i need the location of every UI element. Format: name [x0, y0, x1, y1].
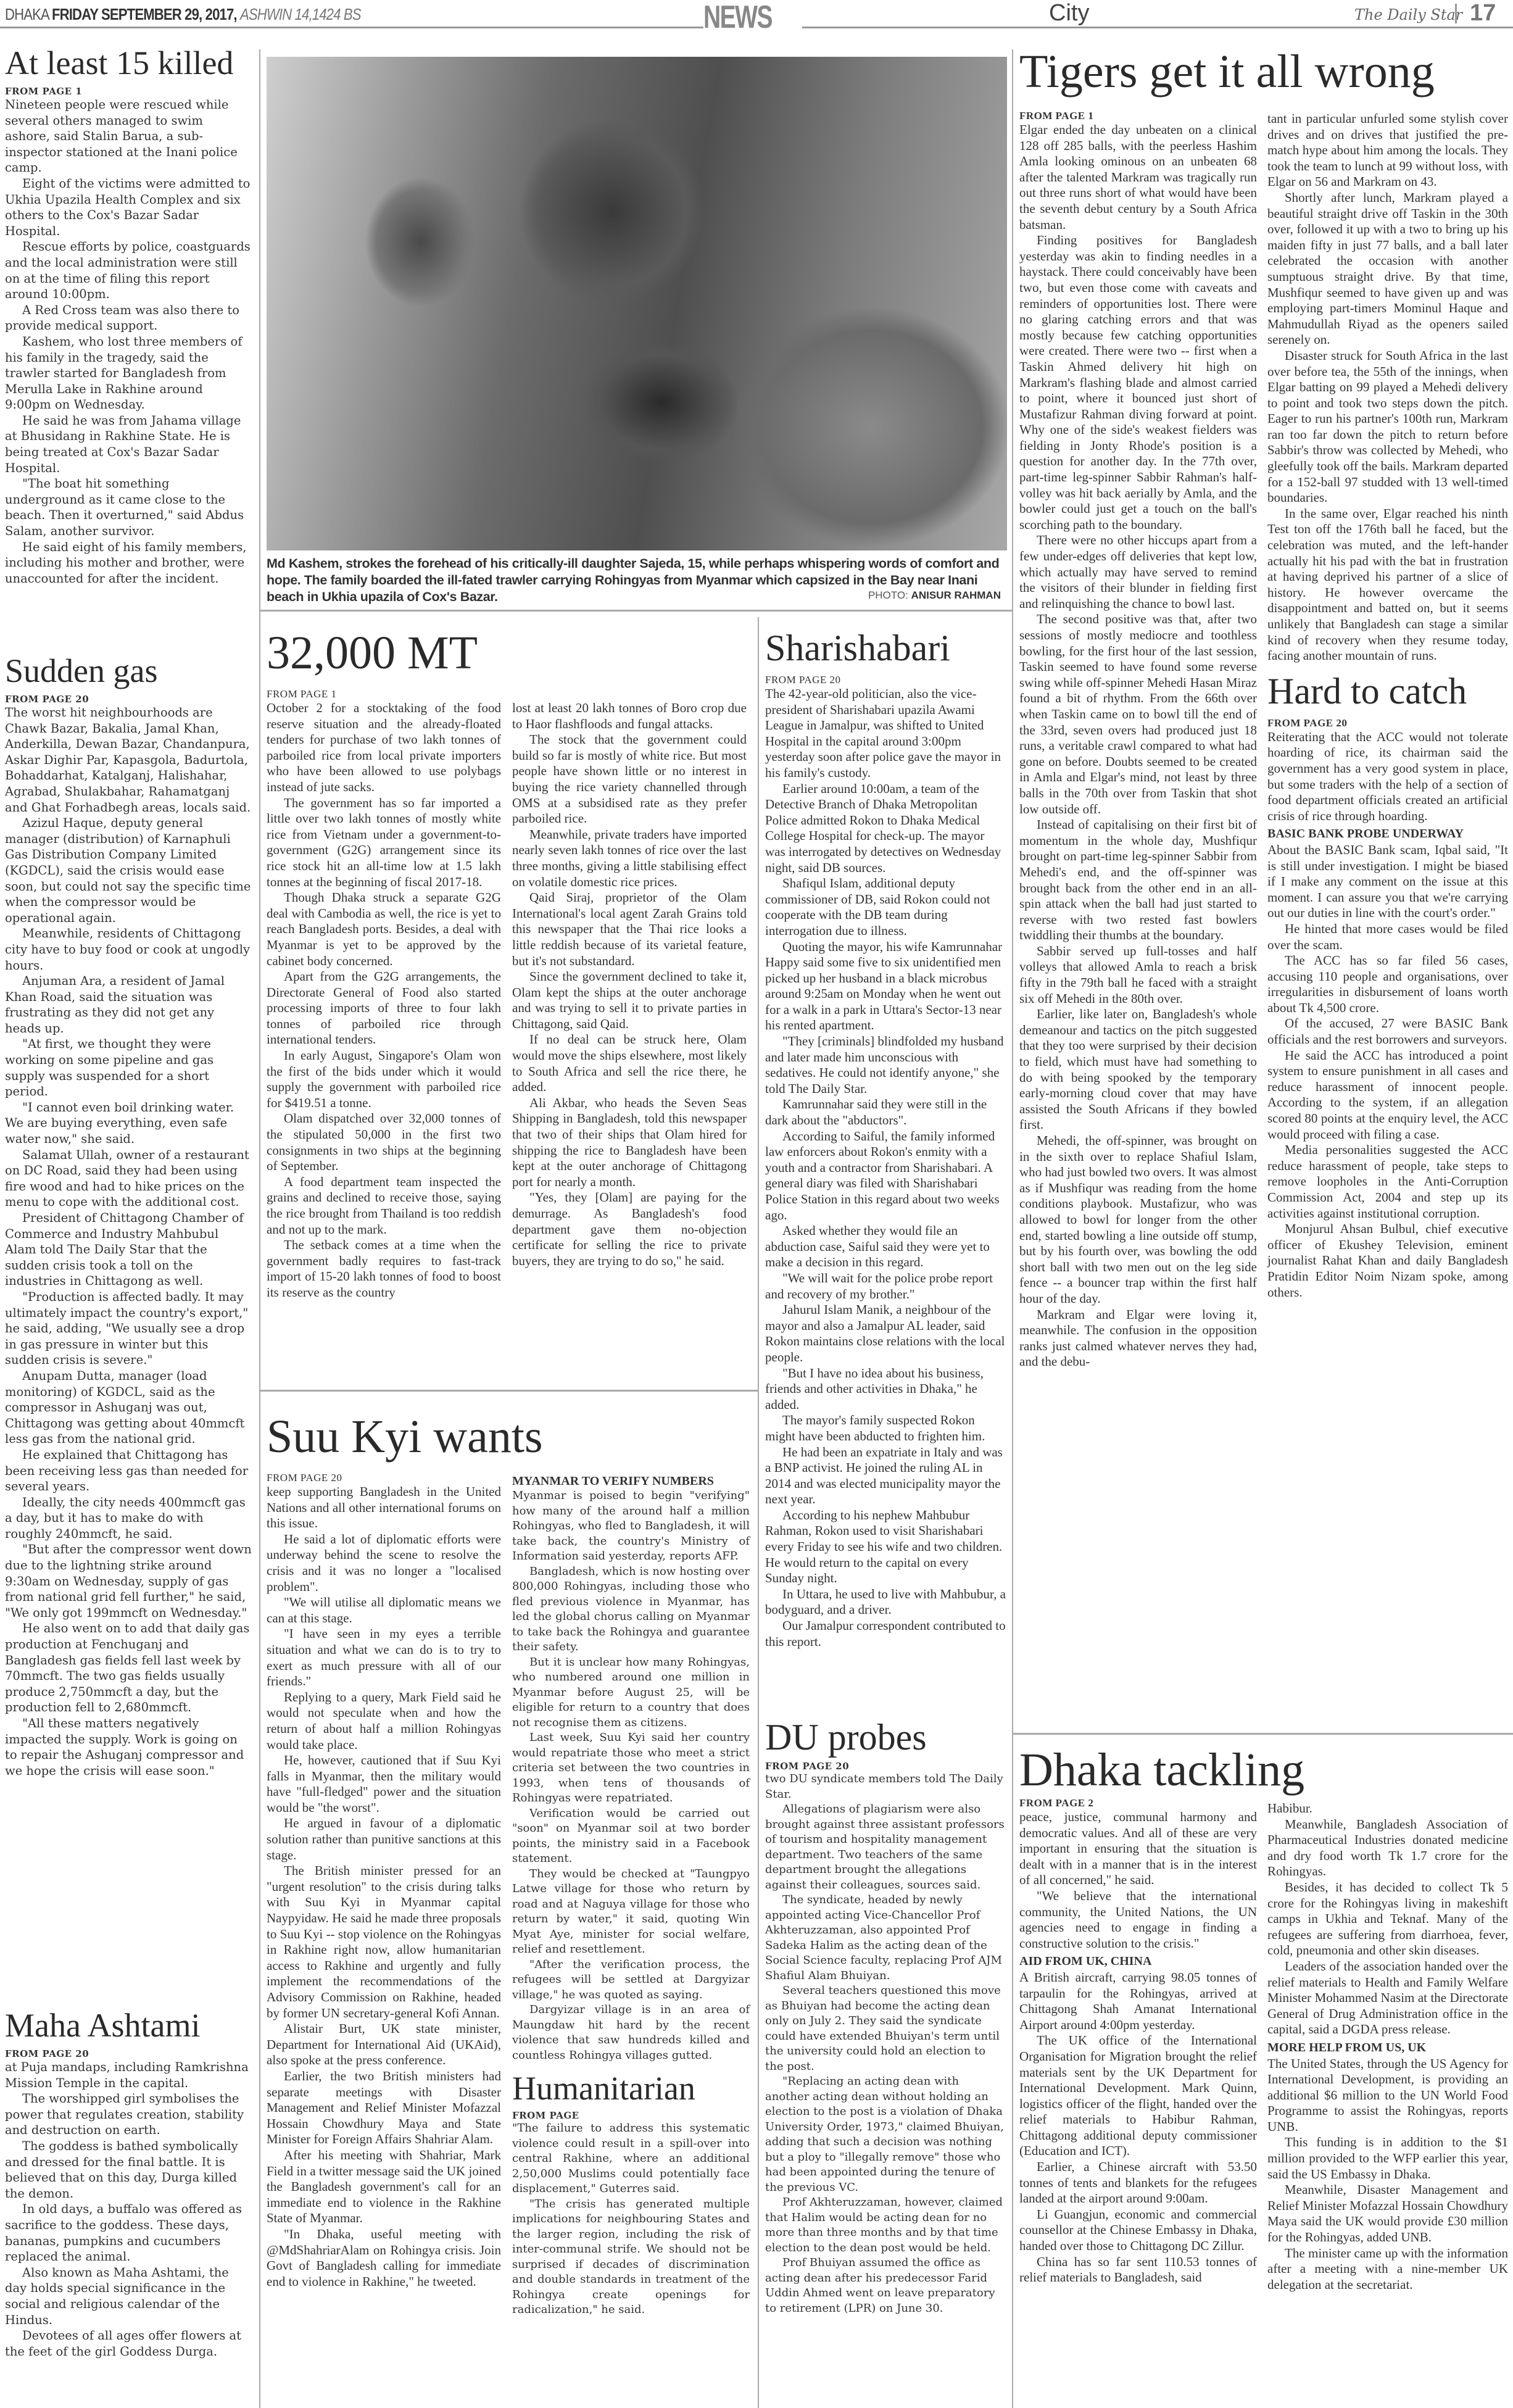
paragraph: He argued in favour of a diplomatic solu… — [267, 1816, 501, 1863]
paragraph: "In Dhaka, useful meeting with @MdShahri… — [267, 2227, 501, 2290]
article-suu-kyi-col1: FROM PAGE 20 keep supporting Bangladesh … — [267, 1472, 501, 2290]
paragraph: He had been an expatriate in Italy and w… — [765, 1445, 1006, 1508]
paragraph: Meanwhile, private traders have imported… — [512, 827, 747, 890]
paragraph: Several teachers questioned this move as… — [765, 1983, 1006, 2074]
article-32000-mt: 32,000 MT — [267, 629, 754, 676]
paragraph: He said a lot of diplomatic efforts were… — [267, 1532, 501, 1595]
from-page-label: FROM PAGE 20 — [765, 1761, 1006, 1772]
paragraph: He hinted that more cases would be filed… — [1267, 921, 1508, 953]
paragraph: "Replacing an acting dean with another a… — [765, 2074, 1006, 2195]
column-divider — [1012, 49, 1013, 2408]
article-body: Myanmar is poised to begin "verifying" h… — [512, 1488, 750, 2063]
paragraph: Alistair Burt, UK state minister, Depart… — [267, 2021, 501, 2069]
paragraph: lost at least 20 lakh tonnes of Boro cro… — [512, 700, 747, 732]
paragraph: The worst hit neighbourhoods are Chawk B… — [5, 705, 252, 815]
headline-humanitarian: Humanitarian — [512, 2072, 750, 2105]
paragraph: In the same over, Elgar reached his nint… — [1267, 506, 1508, 664]
paragraph: Devotees of all ages offer flowers at th… — [5, 2328, 252, 2359]
paragraph: Meanwhile, Bangladesh Association of Pha… — [1267, 1817, 1508, 1880]
paragraph: The setback comes at a time when the gov… — [267, 1237, 501, 1300]
paragraph: Finding positives for Bangladesh yesterd… — [1019, 233, 1257, 533]
paragraph: There were no other hiccups apart from a… — [1019, 533, 1257, 612]
paragraph: Reiterating that the ACC would not toler… — [1267, 729, 1508, 824]
paragraph: But it is unclear how many Rohingyas, wh… — [512, 1655, 750, 1731]
paragraph: Dargyizar village is in an area of Maung… — [512, 2003, 750, 2063]
paragraph: Anupam Dutta, manager (load monitoring) … — [5, 1368, 252, 1447]
paragraph: Last week, Suu Kyi said her country woul… — [512, 1730, 750, 1806]
column-divider — [758, 617, 759, 2408]
article-at-least-15-killed: At least 15 killed FROM PAGE 1 Nineteen … — [5, 46, 252, 586]
paragraph: "We will utilise all diplomatic means we… — [267, 1595, 501, 1626]
paragraph: Jahurul Islam Manik, a neighbour of the … — [765, 1302, 1006, 1365]
paragraph: The ACC has so far filed 56 cases, accus… — [1267, 953, 1508, 1016]
paragraph: Markram and Elgar were loving it, meanwh… — [1019, 1307, 1257, 1370]
paragraph: Mehedi, the off-spinner, was brought on … — [1019, 1133, 1257, 1307]
dateline-bangla-date: ASHWIN 14,1424 BS — [240, 5, 361, 23]
paragraph: Leaders of the association handed over t… — [1267, 1959, 1508, 2038]
paragraph: Earlier, the two British ministers had s… — [267, 2069, 501, 2148]
from-page-label: FROM PAGE 20 — [267, 1472, 501, 1484]
paragraph: Bangladesh, which is now hosting over 80… — [512, 1564, 750, 1655]
paragraph: "We believe that the international commu… — [1019, 1888, 1257, 1951]
paragraph: The goddess is bathed symbolically and d… — [5, 2138, 252, 2201]
paragraph: keep supporting Bangladesh in the United… — [267, 1484, 501, 1532]
paragraph: The stock that the government could buil… — [512, 732, 747, 827]
paragraph: Meanwhile, Disaster Management and Relie… — [1267, 2182, 1508, 2245]
article-body: Nineteen people were rescued while sever… — [5, 97, 252, 586]
section-rule — [259, 1390, 758, 1392]
paragraph: He, however, cautioned that if Suu Kyi f… — [267, 1753, 501, 1816]
paragraph: Prof Akhteruzzaman, however, claimed tha… — [765, 2195, 1006, 2256]
article-body-humanitarian: "The failure to address this systematic … — [512, 2121, 750, 2318]
article-body: lost at least 20 lakh tonnes of Boro cro… — [512, 700, 747, 1269]
paragraph: The 42-year-old politician, also the vic… — [765, 686, 1006, 781]
paragraph: Replying to a query, Mark Field said he … — [267, 1690, 501, 1753]
paragraph: "I cannot even boil drinking water. We a… — [5, 1100, 252, 1147]
headline: Sharishabari — [765, 629, 1006, 666]
article-tigers: Tigers get it all wrong — [1019, 48, 1513, 95]
article-body: October 2 for a stocktaking of the food … — [267, 700, 501, 1301]
headline: Suu Kyi wants — [267, 1413, 748, 1460]
paragraph: He said the ACC has introduced a point s… — [1267, 1048, 1508, 1143]
headline-hard-to-catch: Hard to catch — [1267, 673, 1508, 710]
paragraph: at Puja mandaps, including Ramkrishna Mi… — [5, 2059, 252, 2091]
paragraph: The minister came up with the informatio… — [1267, 2246, 1508, 2293]
article-body: The 42-year-old politician, also the vic… — [765, 686, 1006, 1650]
paragraph: "The crisis has generated multiple impli… — [512, 2197, 750, 2318]
article-body: peace, justice, communal harmony and dem… — [1019, 1809, 1257, 2286]
article-tigers-col1: FROM PAGE 1 Elgar ended the day unbeaten… — [1019, 110, 1257, 1370]
paragraph: Li Guangjun, economic and commercial cou… — [1019, 2207, 1257, 2254]
article-body: The worst hit neighbourhoods are Chawk B… — [5, 705, 252, 1779]
paragraph: Earlier, a Chinese aircraft with 53.50 t… — [1019, 2159, 1257, 2207]
section-rule — [1012, 1733, 1513, 1735]
paragraph: Media personalities suggested the ACC re… — [1267, 1142, 1508, 1221]
section-label: NEWS — [703, 0, 772, 36]
article-tigers-col2: tant in particular unfurled some stylish… — [1267, 111, 1508, 1300]
paragraph: Disaster struck for South Africa in the … — [1267, 348, 1508, 506]
paragraph: Asked whether they would file an abducti… — [765, 1223, 1006, 1271]
article-du-probes: DU probes FROM PAGE 20 two DU syndicate … — [765, 1719, 1006, 2316]
headline: Tigers get it all wrong — [1019, 48, 1513, 95]
dateline: DHAKA FRIDAY SEPTEMBER 29, 2017, ASHWIN … — [5, 5, 361, 24]
paragraph: Of the accused, 27 were BASIC Bank offic… — [1267, 1016, 1508, 1047]
article-suu-kyi-col2: MYANMAR TO VERIFY NUMBERS Myanmar is poi… — [512, 1472, 750, 2318]
paragraph: According to Saiful, the family informed… — [765, 1129, 1006, 1224]
masthead-rule-right — [802, 27, 1513, 28]
article-32000-mt-col1: FROM PAGE 1 October 2 for a stocktaking … — [267, 688, 501, 1301]
from-page-label: FROM PAGE 20 — [5, 694, 252, 705]
paragraph: The UK office of the International Organ… — [1019, 2033, 1257, 2159]
paragraph: Apart from the G2G arrangements, the Dir… — [267, 969, 501, 1048]
paragraph: He said he was from Jahama village at Bh… — [5, 413, 252, 476]
paragraph: Sabbir served up full-tosses and half vo… — [1019, 944, 1257, 1007]
article-maha-ashtami: Maha Ashtami FROM PAGE 20 at Puja mandap… — [5, 2009, 252, 2359]
paragraph: The worshipped girl symbolises the power… — [5, 2091, 252, 2138]
column-divider — [259, 49, 260, 2408]
masthead: DHAKA FRIDAY SEPTEMBER 29, 2017, ASHWIN … — [0, 0, 1513, 37]
paragraph: The second positive was that, after two … — [1019, 612, 1257, 817]
paragraph: "Yes, they [Olam] are paying for the dem… — [512, 1190, 747, 1269]
paragraph: Anjuman Ara, a resident of Jamal Khan Ro… — [5, 973, 252, 1036]
photo-rule — [259, 610, 1013, 612]
article-body: two DU syndicate members told The Daily … — [765, 1772, 1006, 2316]
paragraph: The United States, through the US Agency… — [1267, 2056, 1508, 2135]
paragraph: Salamat Ullah, owner of a restaurant on … — [5, 1147, 252, 1210]
from-page-label: FROM PAGE 1 — [5, 86, 252, 97]
paragraph: Besides, it has decided to collect Tk 5 … — [1267, 1880, 1508, 1959]
headline: Sudden gas — [5, 654, 252, 687]
paragraph: Habibur. — [1267, 1801, 1508, 1817]
paragraph: Ideally, the city needs 400mmcft gas a d… — [5, 1495, 252, 1542]
paragraph: Monjurul Ahsan Bulbul, chief executive o… — [1267, 1221, 1508, 1300]
from-page-label: FROM PAGE 1 — [267, 688, 501, 700]
paragraph: "All these matters negatively impacted t… — [5, 1716, 252, 1779]
masthead-divider — [1455, 4, 1457, 23]
paragraph: "They [criminals] blindfolded my husband… — [765, 1034, 1006, 1097]
newspaper-logo: The Daily Star — [1354, 6, 1462, 23]
paragraph: Azizul Haque, deputy general manager (di… — [5, 815, 252, 926]
paragraph: "But after the compressor went down due … — [5, 1542, 252, 1621]
article-dhaka-tackling-col1: FROM PAGE 2 peace, justice, communal har… — [1019, 1797, 1257, 2286]
paragraph: Olam dispatched over 32,000 tonnes of th… — [267, 1111, 501, 1174]
paragraph: Rescue efforts by police, coastguards an… — [5, 239, 252, 302]
from-page-label: FROM PAGE 2 — [1019, 1797, 1257, 1809]
article-body: keep supporting Bangladesh in the United… — [267, 1484, 501, 2290]
paragraph: "We will wait for the police probe repor… — [765, 1271, 1006, 1302]
from-page-label: FROM PAGE 1 — [1019, 110, 1257, 122]
photo-credit-name: ANISUR RAHMAN — [911, 589, 1001, 601]
paragraph: In early August, Singapore's Olam won th… — [267, 1048, 501, 1111]
subheading: MORE HELP FROM US, UK — [1267, 2040, 1508, 2056]
article-body: Habibur. Meanwhile, Bangladesh Associati… — [1267, 1801, 1508, 2293]
paragraph: In Uttara, he used to live with Mahbubur… — [765, 1587, 1006, 1618]
paragraph: Earlier around 10:00am, a team of the De… — [765, 781, 1006, 876]
photo-credit: PHOTO: ANISUR RAHMAN — [868, 589, 1001, 602]
masthead-rule-left — [0, 27, 703, 28]
paragraph: "After the verification process, the ref… — [512, 1958, 750, 2003]
article-dhaka-tackling: Dhaka tackling — [1019, 1746, 1513, 1793]
paragraph: Eight of the victims were admitted to Uk… — [5, 176, 252, 239]
paragraph: Kashem, who lost three members of his fa… — [5, 334, 252, 413]
page-number: 17 — [1470, 0, 1496, 27]
paragraph: According to his nephew Mahbubur Rahman,… — [765, 1508, 1006, 1587]
paragraph: About the BASIC Bank scam, Iqbal said, "… — [1267, 842, 1508, 921]
paragraph: Instead of capitalising on their first b… — [1019, 817, 1257, 944]
paragraph: two DU syndicate members told The Daily … — [765, 1772, 1006, 1802]
headline: 32,000 MT — [267, 629, 754, 676]
paragraph: Shortly after lunch, Markram played a be… — [1267, 190, 1508, 348]
paragraph: This funding is in addition to the $1 mi… — [1267, 2135, 1508, 2182]
paragraph: Elgar ended the day unbeaten on a clinic… — [1019, 122, 1257, 233]
paragraph: Earlier, like later on, Bangladesh's who… — [1019, 1007, 1257, 1133]
paragraph: The mayor's family suspected Rokon might… — [765, 1413, 1006, 1444]
paragraph: If no deal can be struck here, Olam woul… — [512, 1032, 747, 1095]
paragraph: Meanwhile, residents of Chittagong city … — [5, 926, 252, 973]
paragraph: A Red Cross team was also there to provi… — [5, 302, 252, 334]
paragraph: Myanmar is poised to begin "verifying" h… — [512, 1488, 750, 1564]
paragraph: tant in particular unfurled some stylish… — [1267, 111, 1508, 190]
from-page-label: FROM PAGE 20 — [1267, 717, 1508, 729]
paragraph: A food department team inspected the gra… — [267, 1174, 501, 1237]
article-32000-mt-col2: lost at least 20 lakh tonnes of Boro cro… — [512, 700, 747, 1269]
article-body: Elgar ended the day unbeaten on a clinic… — [1019, 122, 1257, 1370]
paragraph: "But I have no idea about his business, … — [765, 1366, 1006, 1413]
paragraph: Quoting the mayor, his wife Kamrunnahar … — [765, 939, 1006, 1034]
dateline-city: DHAKA — [5, 5, 49, 23]
article-body-hard-to-catch: Reiterating that the ACC would not toler… — [1267, 729, 1508, 1300]
subsection-label: City — [1049, 0, 1089, 27]
paragraph: China has so far sent 110.53 tonnes of r… — [1019, 2254, 1257, 2286]
article-body: tant in particular unfurled some stylish… — [1267, 111, 1508, 664]
article-sudden-gas: Sudden gas FROM PAGE 20 The worst hit ne… — [5, 654, 252, 1779]
paragraph: Though Dhaka struck a separate G2G deal … — [267, 890, 501, 969]
headline: At least 15 killed — [5, 46, 252, 80]
paragraph: "The boat hit something underground as i… — [5, 476, 252, 539]
photo-credit-label: PHOTO: — [868, 589, 908, 601]
paragraph: Nineteen people were rescued while sever… — [5, 97, 252, 176]
from-page-label: FROM PAGE 20 — [765, 674, 1006, 686]
subheading: AID FROM UK, CHINA — [1019, 1954, 1257, 1970]
subheading: MYANMAR TO VERIFY NUMBERS — [512, 1474, 750, 1488]
paragraph: "I have seen in my eyes a terrible situa… — [267, 1626, 501, 1689]
headline: Dhaka tackling — [1019, 1746, 1513, 1793]
paragraph: Allegations of plagiarism were also brou… — [765, 1802, 1006, 1893]
paragraph: Prof Bhuiyan assumed the office as actin… — [765, 2256, 1006, 2316]
article-body: at Puja mandaps, including Ramkrishna Mi… — [5, 2059, 252, 2359]
paragraph: They would be checked at "Taungpyo Latwe… — [512, 1867, 750, 1958]
paragraph: In old days, a buffalo was offered as sa… — [5, 2201, 252, 2264]
paragraph: He explained that Chittagong has been re… — [5, 1447, 252, 1495]
paragraph: Ali Akbar, who heads the Seven Seas Ship… — [512, 1095, 747, 1190]
paragraph: Shafiqul Islam, additional deputy commis… — [765, 876, 1006, 939]
paragraph: A British aircraft, carrying 98.05 tonne… — [1019, 1970, 1257, 2033]
news-photo — [267, 57, 1007, 550]
paragraph: peace, justice, communal harmony and dem… — [1019, 1809, 1257, 1888]
paragraph: The British minister pressed for an "urg… — [267, 1863, 501, 2021]
paragraph: President of Chittagong Chamber of Comme… — [5, 1210, 252, 1289]
article-dhaka-tackling-col2: Habibur. Meanwhile, Bangladesh Associati… — [1267, 1801, 1508, 2293]
from-page-label: FROM PAGE — [512, 2110, 750, 2121]
from-page-label: FROM PAGE 20 — [5, 2048, 252, 2059]
dateline-date: FRIDAY SEPTEMBER 29, 2017, — [52, 5, 237, 23]
paragraph: Qaid Siraj, proprietor of the Olam Inter… — [512, 890, 747, 969]
paragraph: Our Jamalpur correspondent contributed t… — [765, 1618, 1006, 1650]
paragraph: The syndicate, headed by newly appointed… — [765, 1893, 1006, 1983]
paragraph: He also went on to add that daily gas pr… — [5, 1621, 252, 1716]
paragraph: Kamrunnahar said they were still in the … — [765, 1097, 1006, 1128]
paragraph: "Production is affected badly. It may ul… — [5, 1289, 252, 1368]
article-sharishabari: Sharishabari FROM PAGE 20 The 42-year-ol… — [765, 629, 1006, 1650]
paragraph: The government has so far imported a lit… — [267, 795, 501, 891]
headline: Maha Ashtami — [5, 2009, 252, 2042]
headline: DU probes — [765, 1719, 1006, 1756]
paragraph: "The failure to address this systematic … — [512, 2121, 750, 2197]
paragraph: After his meeting with Shahriar, Mark Fi… — [267, 2148, 501, 2227]
subheading: BASIC BANK PROBE UNDERWAY — [1267, 826, 1508, 842]
paragraph: Since the government declined to take it… — [512, 969, 747, 1032]
paragraph: Also known as Maha Ashtami, the day hold… — [5, 2265, 252, 2328]
article-suu-kyi-wants: Suu Kyi wants — [267, 1413, 748, 1460]
paragraph: October 2 for a stocktaking of the food … — [267, 700, 501, 795]
paragraph: He said eight of his family members, inc… — [5, 539, 252, 587]
paragraph: Verification would be carried out "soon"… — [512, 1806, 750, 1867]
paragraph: "At first, we thought they were working … — [5, 1036, 252, 1099]
